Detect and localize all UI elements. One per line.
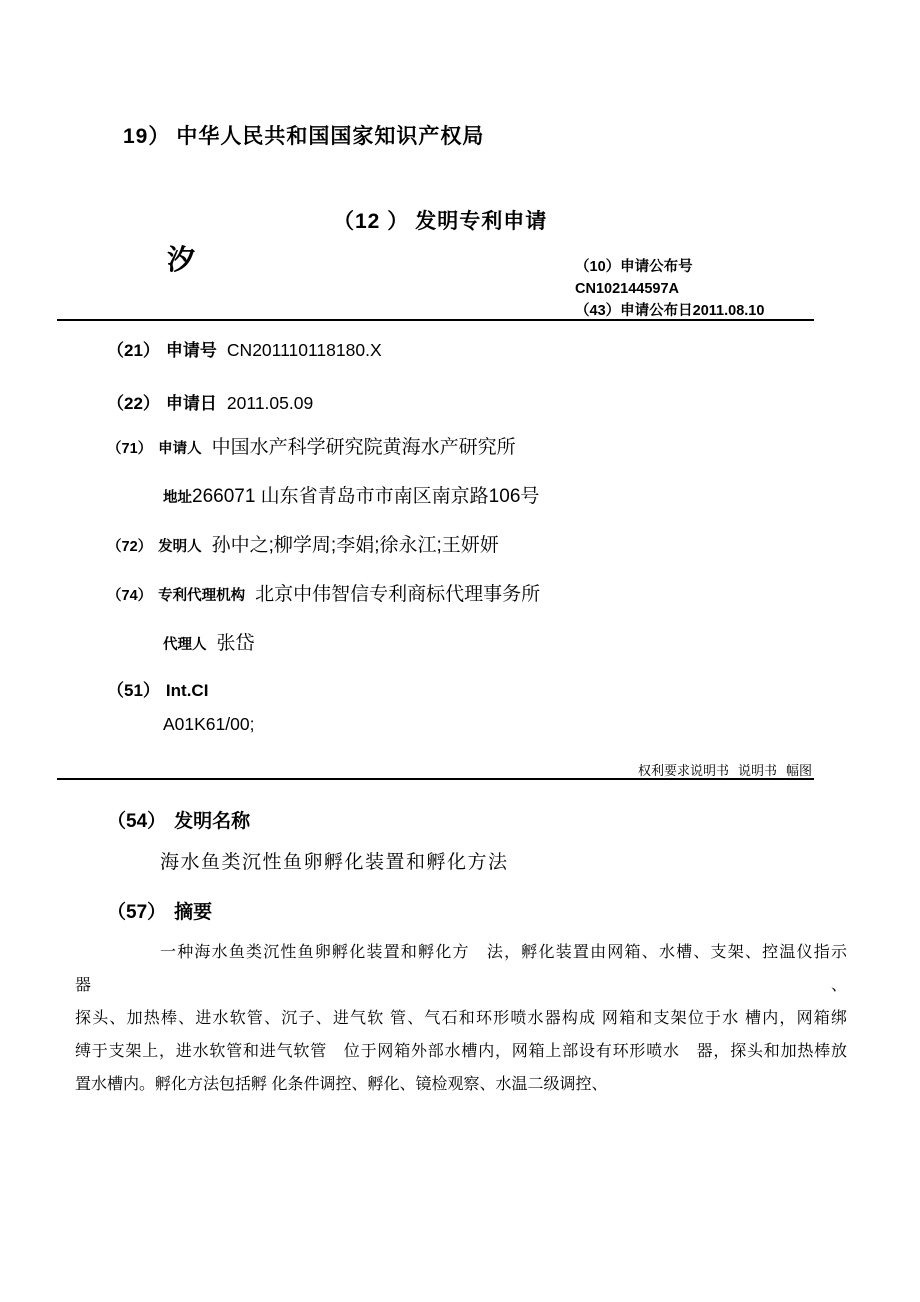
scan-artifact-character: 汐	[167, 238, 195, 278]
field-value: 2011.05.09	[227, 393, 313, 413]
section-code: （54）	[107, 811, 166, 832]
field-agency: （74）专利代理机构北京中伟智信专利商标代理事务所	[107, 579, 540, 606]
publication-date: 2011.08.10	[693, 303, 765, 319]
field-code: （71）	[107, 441, 152, 457]
section-label: 摘要	[174, 902, 212, 923]
field-label: 申请日	[166, 394, 217, 413]
office-code: 19）	[123, 125, 170, 148]
abstract-paragraph: 一种海水鱼类沉性鱼卵孵化装置和孵化方 法，孵化装置由网箱、水槽、支架、控温仪指示…	[75, 936, 847, 1101]
field-label: 申请号	[166, 341, 217, 360]
section-label: 发明名称	[174, 811, 250, 832]
abstract-line: 缚于支架上，进水软管和进气软管 位于网箱外部水槽内，网箱上部设有环形喷水 器，探…	[75, 1035, 847, 1068]
field-value: 孙中之;柳学周;李娟;徐永江;王妍妍	[212, 535, 499, 556]
field-value: 中国水产科学研究院黄海水产研究所	[212, 437, 516, 458]
field-inventors: （72）发明人孙中之;柳学周;李娟;徐永江;王妍妍	[107, 530, 499, 557]
publication-number-label: （10）申请公布号	[575, 256, 764, 278]
field-value: CN201110118180.X	[227, 340, 382, 360]
patent-front-page: 19）中华人民共和国国家知识产权局 （12 ）发明专利申请 汐 （10）申请公布…	[0, 0, 920, 1302]
abstract-line: 一种海水鱼类沉性鱼卵孵化装置和孵化方 法，孵化装置由网箱、水槽、支架、控温仪指示…	[75, 936, 847, 1002]
nav-item-claims: 权利要求说明书	[638, 763, 729, 778]
doc-type-code: （12 ）	[333, 210, 409, 233]
office-name: 中华人民共和国国家知识产权局	[176, 125, 484, 148]
publication-number: CN102144597A	[575, 278, 764, 300]
doc-type-name: 发明专利申请	[415, 210, 547, 233]
field-value: 266071 山东省青岛市市南区南京路106号	[192, 486, 539, 507]
field-label: 代理人	[163, 637, 207, 653]
office-line: 19）中华人民共和国国家知识产权局	[123, 120, 484, 150]
field-label: Int.CI	[166, 681, 209, 700]
field-label: 专利代理机构	[158, 588, 245, 604]
field-application-date: （22）申请日2011.05.09	[107, 389, 313, 414]
field-agent: 代理人张岱	[163, 628, 255, 655]
field-code: （22）	[107, 394, 160, 413]
nav-item-description: 说明书	[738, 763, 777, 778]
publication-block: （10）申请公布号 CN102144597A （43）申请公布日2011.08.…	[575, 256, 764, 322]
abstract-line: 探头、加热棒、进水软管、沉子、进气软 管、气石和环形喷水器构成 网箱和支架位于水…	[75, 1002, 847, 1035]
doc-type-line: （12 ）发明专利申请	[333, 205, 547, 235]
field-code: （74）	[107, 588, 152, 604]
field-code: （72）	[107, 539, 152, 555]
nav-item-drawings: 幅图	[786, 763, 812, 778]
field-value: 北京中伟智信专利商标代理事务所	[255, 584, 540, 605]
field-int-cl-value: A01K61/00;	[163, 714, 254, 735]
publication-date-label: （43）申请公布日	[575, 303, 693, 319]
field-value: A01K61/00;	[163, 714, 254, 734]
field-code: （21）	[107, 341, 160, 360]
field-address: 地址266071 山东省青岛市市南区南京路106号	[163, 481, 539, 508]
field-label: 地址	[163, 490, 192, 506]
field-applicant: （71）申请人中国水产科学研究院黄海水产研究所	[107, 432, 516, 459]
field-int-cl: （51）Int.CI	[107, 676, 208, 701]
invention-title: 海水鱼类沉性鱼卵孵化装置和孵化方法	[160, 847, 509, 874]
field-label: 发明人	[158, 539, 202, 555]
document-parts-nav: 权利要求说明书说明书幅图	[629, 760, 812, 779]
top-divider	[57, 319, 814, 321]
field-code: （51）	[107, 681, 160, 700]
abstract-line: 置水槽内。孵化方法包括孵 化条件调控、孵化、镜检观察、水温二级调控、	[75, 1068, 847, 1101]
section-54-heading: （54）发明名称	[107, 806, 250, 833]
section-57-heading: （57）摘要	[107, 897, 212, 924]
field-label: 申请人	[158, 441, 202, 457]
bottom-divider	[57, 778, 814, 780]
section-code: （57）	[107, 902, 166, 923]
field-value: 张岱	[217, 633, 255, 654]
field-application-number: （21）申请号CN201110118180.X	[107, 336, 382, 361]
